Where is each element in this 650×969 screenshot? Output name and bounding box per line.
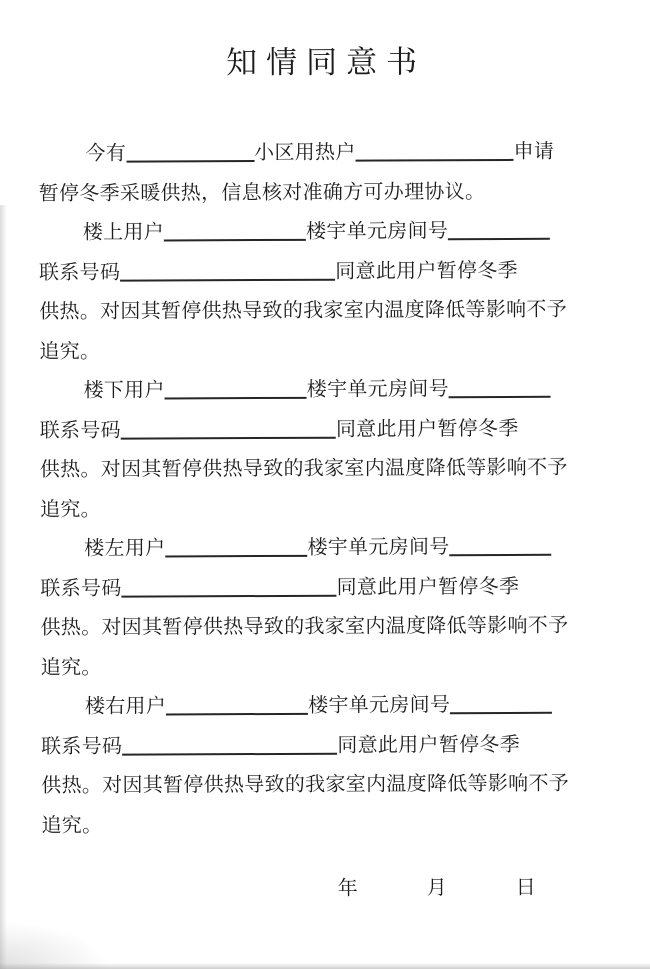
user-label: 楼下用户	[83, 379, 164, 401]
user-room-line: 楼右用户楼宇单元房间号	[41, 686, 555, 728]
body-text-line: 供热。对因其暂停供热导致的我家室内温度降低等影响不予	[40, 449, 554, 491]
body-text-line: 供热。对因其暂停供热导致的我家室内温度降低等影响不予	[39, 291, 553, 333]
phone-number-blank	[122, 576, 337, 597]
agree-text: 同意此用户暂停冬季	[337, 733, 520, 756]
user-label: 楼左用户	[84, 537, 165, 559]
scan-smudge-bottom-left	[0, 921, 110, 969]
scanned-document-page: 知情同意书 今有小区用热户申请 暂停冬季采暖供热，信息核对准确方可办理协议。 楼…	[0, 0, 650, 969]
consent-block-downstairs: 楼下用户楼宇单元房间号 联系号码同意此用户暂停冬季 供热。对因其暂停供热导致的我…	[39, 370, 554, 530]
room-number-blank	[448, 220, 550, 240]
intro-paragraph: 今有小区用热户申请 暂停冬季采暖供热，信息核对准确方可办理协议。	[38, 133, 552, 214]
agree-text: 同意此用户暂停冬季	[335, 259, 518, 282]
phone-number-blank	[122, 734, 337, 755]
day-label: 日	[516, 871, 536, 900]
phone-label: 联系号码	[40, 419, 121, 441]
user-name-blank	[164, 221, 306, 242]
phone-label: 联系号码	[41, 735, 122, 757]
intro-line-2: 暂停冬季采暖供热，信息核对准确方可办理协议。	[39, 172, 553, 214]
user-room-line: 楼左用户楼宇单元房间号	[40, 528, 554, 570]
room-number-blank	[450, 694, 552, 714]
phone-number-blank	[120, 260, 335, 281]
body-text-line: 供热。对因其暂停供热导致的我家室内温度降低等影响不予	[41, 765, 555, 807]
room-label: 楼宇单元房间号	[307, 378, 449, 401]
document-title: 知情同意书	[38, 36, 552, 83]
body-tail-line: 追究。	[41, 804, 555, 846]
scan-shadow-left-edge	[0, 205, 7, 969]
date-line: 年 月 日	[42, 871, 556, 902]
year-label: 年	[338, 872, 358, 901]
room-label: 楼宇单元房间号	[308, 694, 450, 717]
user-room-line: 楼下用户楼宇单元房间号	[39, 370, 553, 412]
month-label: 月	[427, 871, 447, 900]
user-name-blank	[166, 695, 308, 716]
user-label: 楼右用户	[85, 695, 166, 717]
intro-tail-text: 申请	[514, 141, 555, 163]
intro-mid-text: 小区用热户	[254, 142, 356, 164]
user-room-line: 楼上用户楼宇单元房间号	[39, 212, 553, 254]
body-text-line: 供热。对因其暂停供热导致的我家室内温度降低等影响不予	[40, 607, 554, 649]
consent-block-upstairs: 楼上用户楼宇单元房间号 联系号码同意此用户暂停冬季 供热。对因其暂停供热导致的我…	[39, 212, 554, 372]
scan-shadow-bottom-edge	[0, 963, 650, 969]
phone-agree-line: 联系号码同意此用户暂停冬季	[41, 725, 555, 767]
document-content: 知情同意书 今有小区用热户申请 暂停冬季采暖供热，信息核对准确方可办理协议。 楼…	[38, 36, 556, 902]
body-tail-line: 追究。	[40, 488, 554, 530]
consent-block-left: 楼左用户楼宇单元房间号 联系号码同意此用户暂停冬季 供热。对因其暂停供热导致的我…	[40, 528, 555, 688]
intro-line-1: 今有小区用热户申请	[38, 133, 552, 175]
phone-agree-line: 联系号码同意此用户暂停冬季	[40, 409, 554, 451]
agree-text: 同意此用户暂停冬季	[336, 417, 519, 440]
room-number-blank	[449, 378, 551, 398]
agree-text: 同意此用户暂停冬季	[337, 575, 520, 598]
phone-agree-line: 联系号码同意此用户暂停冬季	[40, 567, 554, 609]
consent-block-right: 楼右用户楼宇单元房间号 联系号码同意此用户暂停冬季 供热。对因其暂停供热导致的我…	[41, 686, 556, 846]
room-number-blank	[449, 536, 551, 556]
room-label: 楼宇单元房间号	[306, 220, 448, 243]
room-label: 楼宇单元房间号	[307, 536, 449, 559]
user-name-blank	[165, 379, 307, 400]
user-label: 楼上用户	[83, 221, 164, 243]
phone-label: 联系号码	[39, 261, 120, 283]
phone-number-blank	[121, 418, 336, 439]
phone-agree-line: 联系号码同意此用户暂停冬季	[39, 251, 553, 293]
household-name-blank	[356, 141, 514, 162]
community-name-blank	[126, 142, 254, 163]
user-name-blank	[165, 537, 307, 558]
body-tail-line: 追究。	[39, 330, 553, 372]
intro-lead-text: 今有	[85, 143, 126, 165]
body-tail-line: 追究。	[41, 646, 555, 688]
phone-label: 联系号码	[40, 577, 121, 599]
